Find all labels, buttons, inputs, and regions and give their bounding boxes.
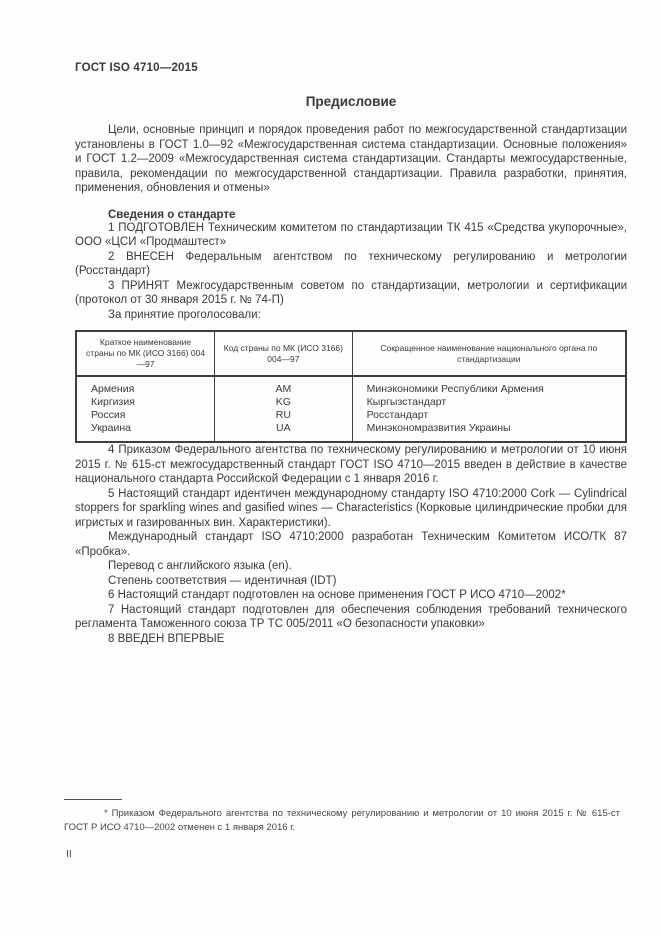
vote-table-header-body: Сокращенное наименование национального о… (352, 331, 626, 376)
item-4-enacted: 4 Приказом Федерального агентства по тех… (75, 443, 627, 487)
item-1-prepared: 1 ПОДГОТОВЛЕН Техническим комитетом по с… (75, 221, 627, 250)
item-5-identical: 5 Настоящий стандарт идентичен междунаро… (75, 487, 627, 531)
foreword-title: Предисловие (75, 94, 627, 109)
vote-table: Краткое наименование страны по МК (ИСО 3… (75, 330, 627, 443)
item-3-adopted: 3 ПРИНЯТ Межгосударственным советом по с… (75, 279, 627, 308)
document-page: ГОСТ ISO 4710—2015 Предисловие Цели, осн… (0, 0, 661, 936)
cell-code: KG (215, 396, 353, 409)
cell-country: Украина (76, 422, 215, 442)
footnote-divider (64, 799, 122, 800)
item-5-conformity: Степень соответствия — идентичная (IDT) (75, 574, 627, 589)
footnote-text: * Приказом Федерального агентства по тех… (64, 807, 620, 834)
table-row: Армения AM Минэкономики Республики Армен… (76, 376, 626, 396)
cell-code: AM (215, 376, 353, 396)
cell-body: Минэкономики Республики Армения (352, 376, 626, 396)
cell-code: RU (215, 409, 353, 422)
intro-paragraph: Цели, основные принцип и порядок проведе… (75, 123, 627, 196)
cell-body: Росстандарт (352, 409, 626, 422)
cell-body: Минэкономразвития Украины (352, 422, 626, 442)
item-7-regulation: 7 Настоящий стандарт подготовлен для обе… (75, 603, 627, 632)
page-number: II (66, 848, 72, 860)
table-row: Россия RU Росстандарт (76, 409, 626, 422)
cell-body: Кыргызстандарт (352, 396, 626, 409)
item-2-submitted: 2 ВНЕСЕН Федеральным агентством по техни… (75, 250, 627, 279)
item-5-developer: Международный стандарт ISO 4710:2000 раз… (75, 530, 627, 559)
table-row: Киргизия KG Кыргызстандарт (76, 396, 626, 409)
page-content: ГОСТ ISO 4710—2015 Предисловие Цели, осн… (75, 62, 627, 646)
footnote-block: * Приказом Федерального агентства по тех… (64, 799, 620, 834)
item-6-basis: 6 Настоящий стандарт подготовлен на осно… (75, 588, 627, 603)
running-header: ГОСТ ISO 4710—2015 (75, 62, 627, 74)
table-row: Украина UA Минэкономразвития Украины (76, 422, 626, 442)
cell-country: Армения (76, 376, 215, 396)
standard-info-heading: Сведения о стандарте (108, 209, 627, 221)
item-5-translation: Перевод с английского языка (en). (75, 559, 627, 574)
vote-table-header-country: Краткое наименование страны по МК (ИСО 3… (76, 331, 215, 376)
vote-lead-paragraph: За принятие проголосовали: (75, 308, 627, 323)
cell-code: UA (215, 422, 353, 442)
vote-table-header-code: Код страны по МК (ИСО 3166) 004—97 (215, 331, 353, 376)
cell-country: Киргизия (76, 396, 215, 409)
cell-country: Россия (76, 409, 215, 422)
vote-table-header: Краткое наименование страны по МК (ИСО 3… (76, 331, 626, 376)
item-8-first-introduced: 8 ВВЕДЕН ВПЕРВЫЕ (75, 632, 627, 647)
